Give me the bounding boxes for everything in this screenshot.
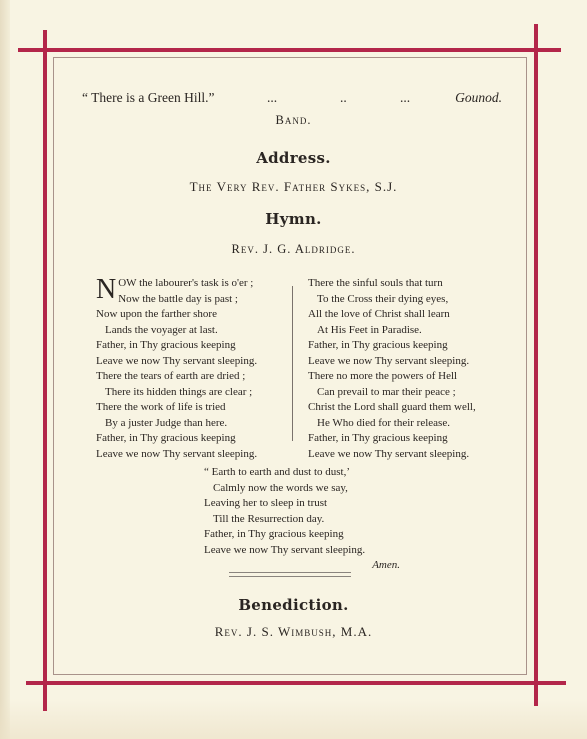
verse-line: Christ the Lord shall guard them well, xyxy=(308,400,476,416)
verse-line: All the love of Christ shall learn xyxy=(308,307,469,323)
verse-line: To the Cross their dying eyes, xyxy=(308,292,469,308)
verse-line: Lands the voyager at last. xyxy=(96,323,257,339)
section-divider-rule xyxy=(229,572,351,577)
verse-line: There its hidden things are clear ; xyxy=(96,385,257,401)
verse-line: Leaving her to sleep in trust xyxy=(204,496,400,512)
column-divider xyxy=(292,286,293,441)
verse-line: Leave we now Thy servant sleeping. xyxy=(96,447,257,463)
hymn-stanza-1: N OW the labourer's task is o'er ; Now t… xyxy=(96,276,257,369)
composer-name: Gounod. xyxy=(455,90,502,106)
verse-line: Calmly now the words we say, xyxy=(204,481,400,497)
verse-line: Father, in Thy gracious keeping xyxy=(96,431,257,447)
verse-line: There the tears of earth are dried ; xyxy=(96,369,257,385)
verse-line: “ Earth to earth and dust to dust,’ xyxy=(204,465,400,481)
address-heading: Address. xyxy=(0,149,587,167)
frame-red-top-rule xyxy=(18,48,561,52)
verse-line: There the sinful souls that turn xyxy=(308,276,469,292)
drop-cap: N xyxy=(96,277,116,303)
verse-line: Leave we now Thy servant sleeping. xyxy=(96,354,257,370)
verse-line: OW the labourer's task is o'er ; xyxy=(96,276,257,292)
verse-line: Father, in Thy gracious keeping xyxy=(204,527,400,543)
hymn-stanza-3: There the sinful souls that turn To the … xyxy=(308,276,469,369)
paper-stain xyxy=(0,699,587,739)
performer-label: Band. xyxy=(0,113,587,128)
verse-line: Leave we now Thy servant sleeping. xyxy=(204,543,400,559)
verse-line: Father, in Thy gracious keeping xyxy=(308,431,476,447)
verse-line: Now the battle day is past ; xyxy=(96,292,257,308)
hymn-stanza-2: There the tears of earth are dried ; The… xyxy=(96,369,257,462)
hymn-stanza-4: There no more the powers of Hell Can pre… xyxy=(308,369,476,462)
hymn-stanza-5: “ Earth to earth and dust to dust,’ Calm… xyxy=(204,465,400,574)
verse-line: Leave we now Thy servant sleeping. xyxy=(308,447,476,463)
benediction-officiant: Rev. J. S. Wimbush, M.A. xyxy=(0,624,587,640)
hymn-heading: Hymn. xyxy=(0,210,587,228)
frame-red-bottom-rule xyxy=(26,681,566,685)
programme-item-row: “ There is a Green Hill.” ... .. ... Gou… xyxy=(82,90,502,110)
verse-line: Can prevail to mar their peace ; xyxy=(308,385,476,401)
verse-line: Leave we now Thy servant sleeping. xyxy=(308,354,469,370)
leader-dots: ... xyxy=(267,90,277,106)
verse-line: Father, in Thy gracious keeping xyxy=(308,338,469,354)
verse-line: There the work of life is tried xyxy=(96,400,257,416)
leader-dots: ... xyxy=(400,90,410,106)
verse-line: He Who died for their release. xyxy=(308,416,476,432)
verse-line: Father, in Thy gracious keeping xyxy=(96,338,257,354)
piece-title: “ There is a Green Hill.” xyxy=(82,90,214,106)
verse-line: Now upon the farther shore xyxy=(96,307,257,323)
hymn-author: Rev. J. G. Aldridge. xyxy=(0,242,587,257)
benediction-heading: Benediction. xyxy=(0,596,587,614)
verse-line: At His Feet in Paradise. xyxy=(308,323,469,339)
address-speaker: The Very Rev. Father Sykes, S.J. xyxy=(0,179,587,195)
verse-line: There no more the powers of Hell xyxy=(308,369,476,385)
verse-line: By a juster Judge than here. xyxy=(96,416,257,432)
leader-dots: .. xyxy=(340,90,347,106)
verse-line: Till the Resurrection day. xyxy=(204,512,400,528)
